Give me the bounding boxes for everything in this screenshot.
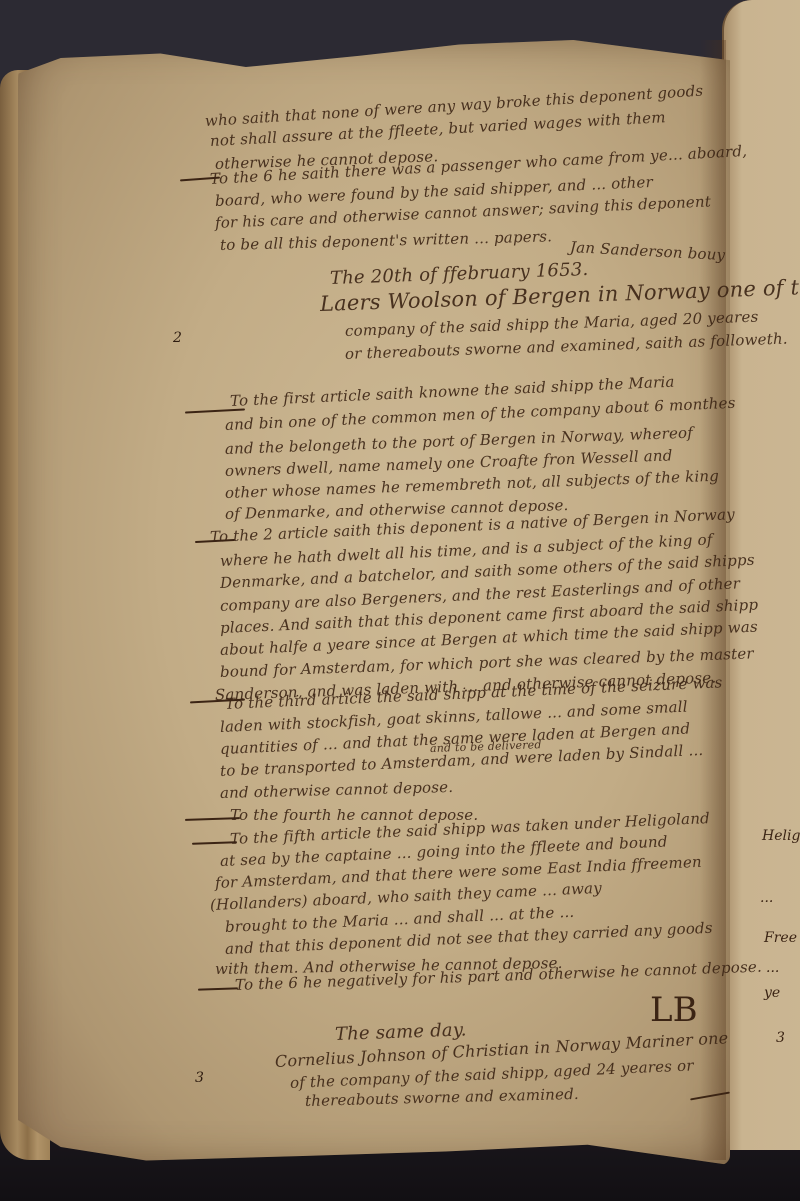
- facing-page-fragment: ...: [760, 890, 773, 906]
- facing-page-fragment: Free: [764, 930, 797, 946]
- facing-page-fragment: Heligoland: [762, 828, 800, 844]
- facing-page-fragment: ...: [766, 960, 779, 976]
- deponent-mark: LB: [650, 990, 698, 1030]
- facing-page-fragment: 3: [776, 1030, 785, 1046]
- margin-number: 3: [195, 1070, 204, 1086]
- facing-page-fragment: ye: [764, 985, 780, 1001]
- margin-number: 2: [173, 330, 182, 346]
